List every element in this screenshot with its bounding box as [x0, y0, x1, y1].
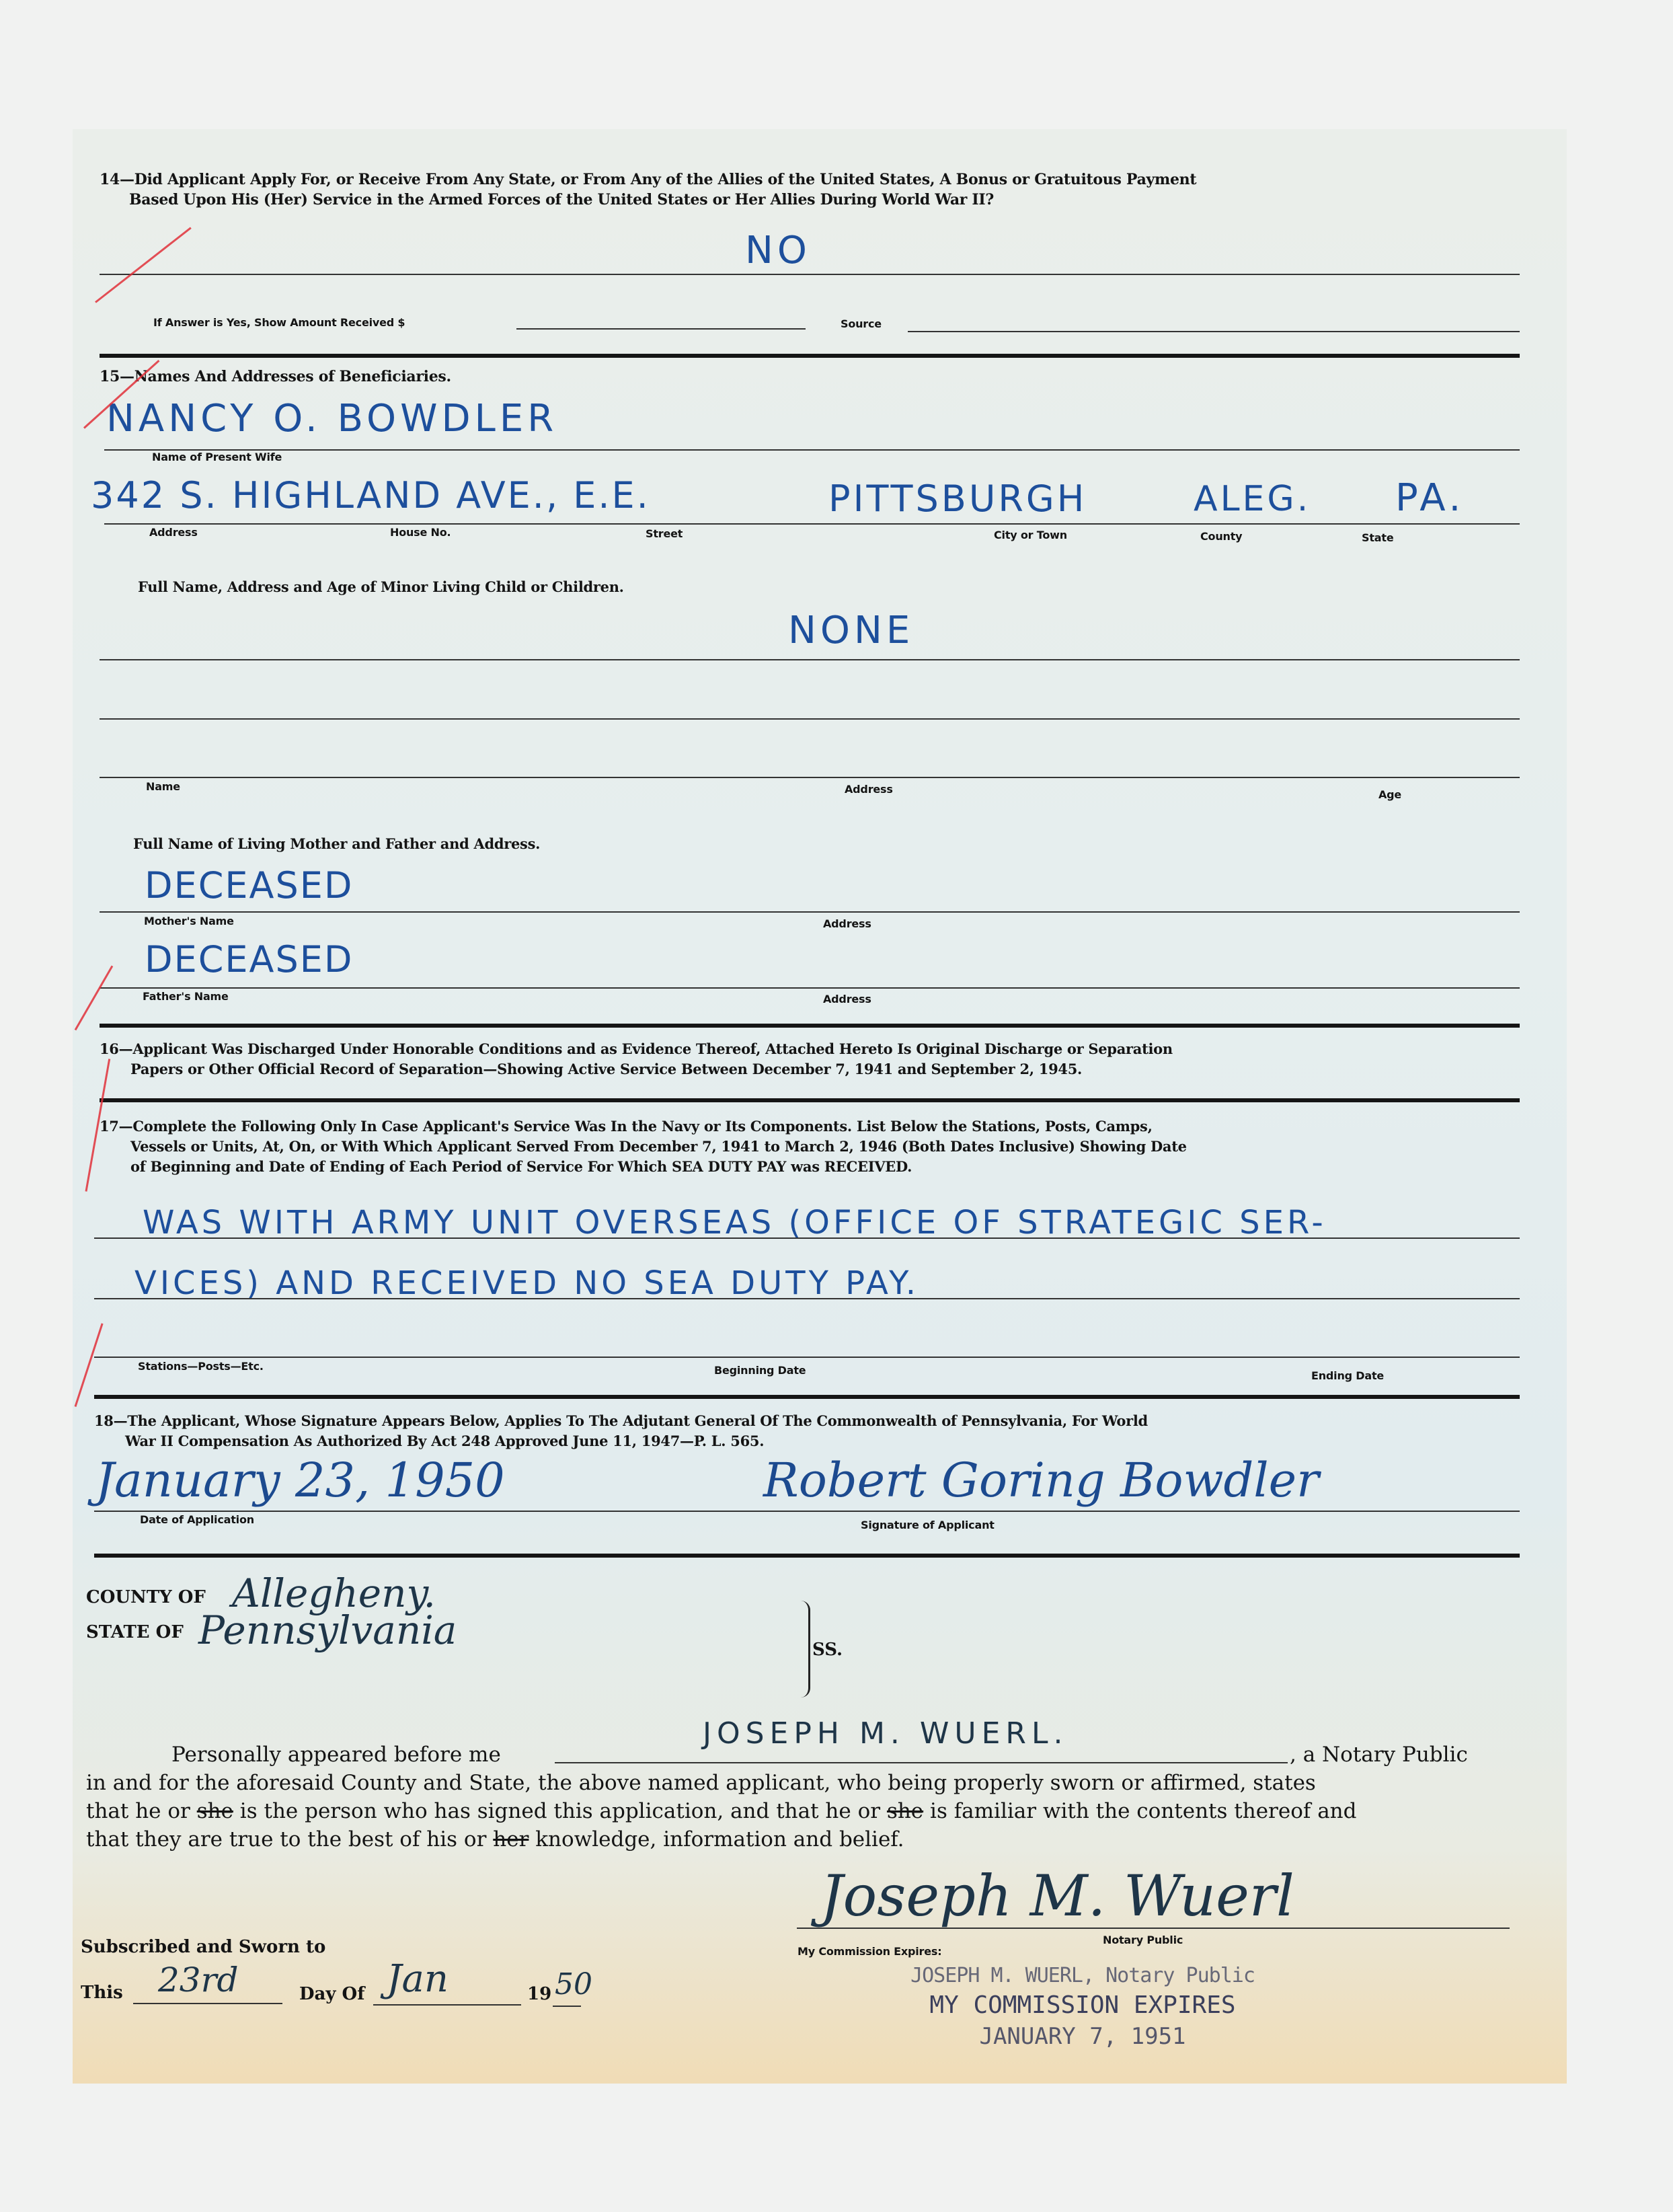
sea-duty-answer-line1[interactable]: WAS WITH ARMY UNIT OVERSEAS (OFFICE OF S…	[143, 1204, 1327, 1242]
section-18-line2: War II Compensation As Authorized By Act…	[94, 1431, 1148, 1451]
year-prefix: 19	[527, 1984, 551, 2004]
amount-label: If Answer is Yes, Show Amount Received $	[153, 316, 405, 329]
state-label: STATE OF	[86, 1622, 184, 1642]
section-15-title: 15—Names And Addresses of Beneficiaries.	[100, 367, 451, 387]
mother-line	[100, 911, 1520, 913]
state-label: State	[1362, 531, 1393, 544]
section-17-line2: Vessels or Units, At, On, or With Which …	[100, 1137, 1187, 1157]
section-divider	[94, 1554, 1520, 1558]
notary-name-value[interactable]: JOSEPH M. WUERL.	[703, 1716, 1068, 1751]
wife-name-line	[104, 449, 1520, 451]
county-label: County	[1200, 530, 1242, 543]
address-label: Address	[149, 526, 198, 539]
day-of-label: Day Of	[299, 1984, 364, 2004]
section-17-line1: 17—Complete the Following Only In Case A…	[100, 1116, 1187, 1137]
sea-duty-line-2	[94, 1298, 1520, 1299]
ss-label: SS.	[812, 1640, 843, 1660]
section-divider	[100, 1024, 1520, 1028]
child-name-label: Name	[146, 780, 180, 793]
section-divider	[94, 1395, 1520, 1399]
section-16-line2: Papers or Other Official Record of Separ…	[100, 1059, 1173, 1079]
affidavit-body: in and for the aforesaid County and Stat…	[86, 1769, 1518, 1854]
stations-label: Stations—Posts—Etc.	[138, 1360, 264, 1373]
ending-date-label: Ending Date	[1311, 1369, 1384, 1382]
notary-signature[interactable]: Joseph M. Wuerl	[820, 1863, 1294, 1929]
sea-duty-answer-line2[interactable]: VICES) AND RECEIVED NO SEA DUTY PAY.	[134, 1264, 919, 1302]
appeared-suffix: , a Notary Public	[1290, 1741, 1468, 1769]
signature-line	[94, 1511, 1520, 1512]
children-value[interactable]: NONE	[788, 609, 914, 652]
wife-name-label: Name of Present Wife	[152, 451, 282, 463]
section-14-question: 14—Did Applicant Apply For, or Receive F…	[100, 169, 1524, 210]
stamp-line2: MY COMMISSION EXPIRES	[894, 1991, 1271, 2019]
children-line-3	[100, 777, 1520, 778]
month-value[interactable]: Jan	[387, 1957, 449, 2001]
section-16-text: 16—Applicant Was Discharged Under Honora…	[100, 1039, 1173, 1079]
section-18-text: 18—The Applicant, Whose Signature Appear…	[94, 1411, 1148, 1451]
affidavit-line3: that he or she is the person who has sig…	[86, 1797, 1518, 1825]
year-value[interactable]: 50	[555, 1967, 592, 2001]
section-14-answer[interactable]: NO	[745, 229, 811, 272]
section-18-line1: 18—The Applicant, Whose Signature Appear…	[94, 1411, 1148, 1431]
children-line-2	[100, 718, 1520, 720]
notary-name-line	[555, 1762, 1288, 1763]
appeared-prefix: Personally appeared before me	[171, 1741, 501, 1769]
house-no-label: House No.	[390, 526, 451, 539]
day-line	[133, 2003, 282, 2004]
sea-duty-line-1	[94, 1237, 1520, 1239]
section-14-question-line1: 14—Did Applicant Apply For, or Receive F…	[100, 169, 1524, 190]
ss-bracket	[799, 1601, 810, 1698]
children-line-1	[100, 659, 1520, 660]
address-value[interactable]: 342 S. HIGHLAND AVE., E.E.	[91, 474, 650, 517]
city-label: City or Town	[994, 529, 1067, 541]
father-line	[100, 987, 1520, 989]
signature-of-applicant-label: Signature of Applicant	[861, 1519, 995, 1531]
state-value[interactable]: PA.	[1395, 476, 1465, 520]
sea-duty-line-3	[94, 1357, 1520, 1358]
father-value[interactable]: DECEASED	[145, 938, 353, 981]
section-16-line1: 16—Applicant Was Discharged Under Honora…	[100, 1039, 1173, 1059]
year-line	[553, 2006, 581, 2007]
children-title: Full Name, Address and Age of Minor Livi…	[138, 577, 624, 597]
wife-name-value[interactable]: NANCY O. BOWDLER	[106, 397, 557, 441]
father-address-label: Address	[823, 993, 871, 1005]
this-label: This	[81, 1983, 123, 2003]
month-line	[373, 2004, 521, 2006]
state-value[interactable]: Pennsylvania	[198, 1607, 457, 1653]
mother-label: Mother's Name	[144, 915, 234, 927]
day-value[interactable]: 23rd	[158, 1960, 239, 1999]
section-17-text: 17—Complete the Following Only In Case A…	[100, 1116, 1187, 1177]
county-value[interactable]: ALEG.	[1194, 479, 1311, 519]
notary-stamp: JOSEPH M. WUERL, Notary Public MY COMMIS…	[894, 1964, 1271, 2050]
father-label: Father's Name	[143, 990, 229, 1003]
commission-expires-label: My Commission Expires:	[797, 1945, 941, 1958]
date-of-application-label: Date of Application	[140, 1513, 254, 1526]
affidavit-line2: in and for the aforesaid County and Stat…	[86, 1769, 1518, 1797]
stamp-line1: JOSEPH M. WUERL, Notary Public	[894, 1964, 1271, 1987]
beginning-date-label: Beginning Date	[714, 1364, 806, 1377]
affidavit-line4: that they are true to the best of his or…	[86, 1825, 1518, 1854]
child-age-label: Age	[1378, 788, 1401, 801]
mother-address-label: Address	[823, 917, 871, 930]
section-17-line3: of Beginning and Date of Ending of Each …	[100, 1157, 1187, 1177]
section-divider	[100, 354, 1520, 358]
mother-value[interactable]: DECEASED	[145, 864, 353, 907]
city-value[interactable]: PITTSBURGH	[828, 478, 1087, 520]
answer-line	[100, 274, 1520, 275]
street-label: Street	[646, 527, 683, 540]
child-address-label: Address	[845, 783, 893, 796]
source-field[interactable]	[908, 331, 1520, 332]
date-of-application-value[interactable]: January 23, 1950	[95, 1453, 505, 1508]
section-14-question-line2: Based Upon His (Her) Service in the Arme…	[100, 190, 1524, 210]
amount-field[interactable]	[516, 328, 806, 330]
notary-public-label: Notary Public	[1103, 1934, 1183, 1946]
parents-title: Full Name of Living Mother and Father an…	[133, 834, 540, 854]
stamp-line3: JANUARY 7, 1951	[894, 2023, 1271, 2050]
subscribed-label: Subscribed and Sworn to	[81, 1937, 325, 1957]
county-label: COUNTY OF	[86, 1587, 206, 1607]
source-label: Source	[841, 317, 882, 330]
section-divider	[100, 1098, 1520, 1102]
address-line	[104, 523, 1520, 525]
applicant-signature[interactable]: Robert Goring Bowdler	[763, 1453, 1319, 1508]
notary-signature-line	[797, 1928, 1510, 1929]
